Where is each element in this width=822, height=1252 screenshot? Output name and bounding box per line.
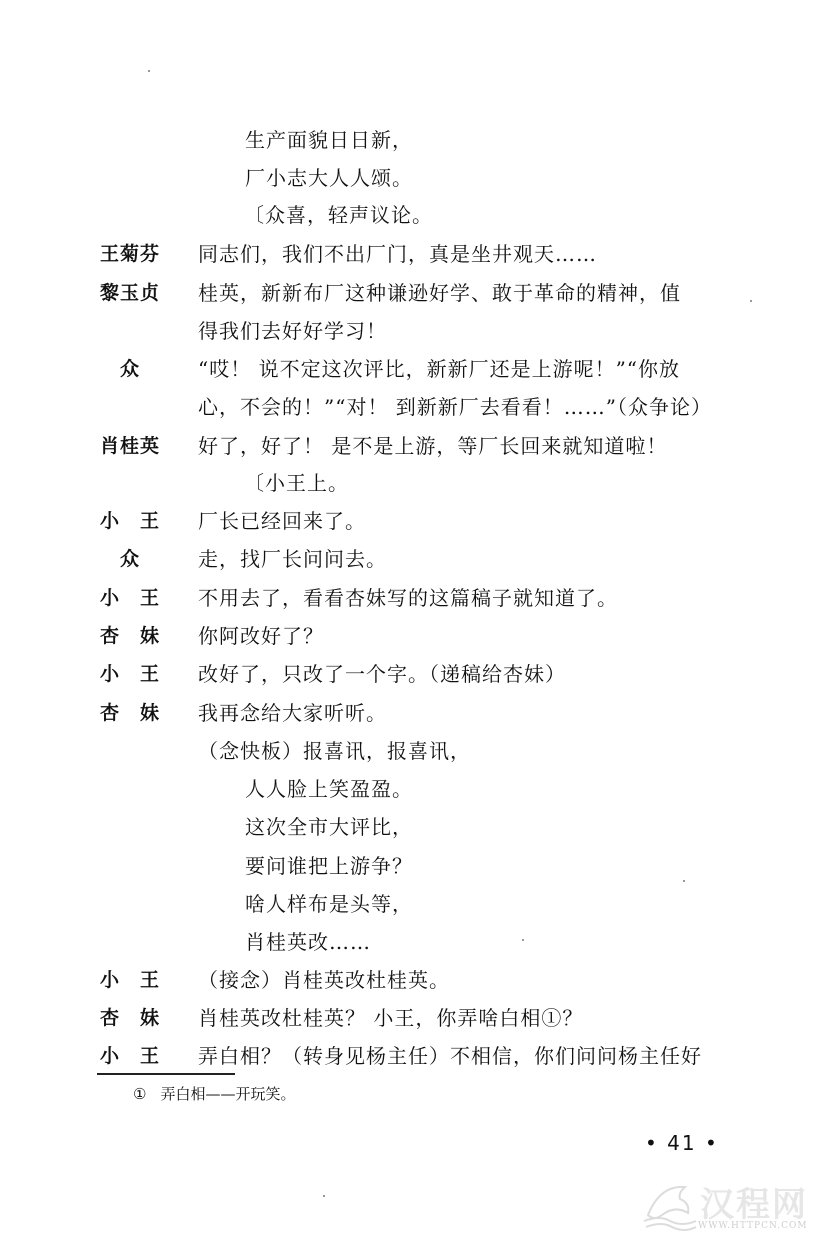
footnote: ①弄白相——开玩笑。 [133,1083,295,1105]
verse-line: 要问谁把上游争？ [245,851,413,881]
kuaiban-intro: （念快板）报喜讯，报喜讯， [198,736,471,766]
dialogue-line: 桂英，新新布厂这种谦逊好学、敢于革命的精神，值 [198,278,681,308]
dialogue-line: （接念）肖桂英改杜桂英。 [198,965,450,995]
verse-line: 人人脸上笑盈盈。 [245,774,413,804]
speaker-name: 小 王 [100,583,172,613]
dialogue-line: 不用去了，看看杏妹写的这篇稿子就知道了。 [198,583,618,613]
dialogue-line: 好了，好了！ 是不是上游，等厂长回来就知道啦！ [198,431,667,461]
dialogue-line: 你阿改好了？ [198,621,324,651]
dialogue-line: 心，不会的！”“对！ 到新新厂去看看！……”（众争论） [198,392,712,422]
footnote-mark: ① [133,1085,146,1103]
footnote-rule [97,1073,235,1075]
speaker-name: 小 王 [100,1041,172,1071]
book-page: 生产面貌日日新， 厂小志大人人颂。 〔众喜，轻声议论。 王菊芬 同志们，我们不出… [0,0,822,1252]
speaker-name: 小 王 [100,965,172,995]
footnote-text: 弄白相——开玩笑。 [160,1085,295,1103]
speaker-name: 杏 妹 [100,621,172,651]
dialogue-line: “哎！ 说不定这次评比，新新厂还是上游呢！”“你放 [198,354,680,384]
verse-line: 啥人样布是头等， [245,889,413,919]
verse-line: 厂小志大人人颂。 [245,163,413,193]
dialogue-line: 弄白相？（转身见杨主任）不相信，你们问问杨主任好 [198,1041,702,1071]
speaker-name: 肖桂英 [100,431,172,461]
dialogue-line: 厂长已经回来了。 [198,506,366,536]
page-number: • 41 • [645,1131,719,1155]
watermark-title: 汉程网 [700,1177,808,1226]
speaker-name: 众 [120,354,192,384]
verse-line: 生产面貌日日新， [245,125,413,155]
speaker-name: 王菊芬 [100,239,172,269]
watermark: 汉程网 WWW.HTTPCN.COM [640,1175,815,1245]
speaker-name: 杏 妹 [100,698,172,728]
dialogue-line: 改好了，只改了一个字。（递稿给杏妹） [198,659,566,689]
dialogue-line: 肖桂英改杜桂英？ 小王，你弄啥白相①？ [198,1003,583,1033]
dialogue-line: 同志们，我们不出厂门，真是坐井观天…… [198,239,597,269]
stage-direction: 〔众喜，轻声议论。 [244,200,433,230]
speaker-name: 小 王 [100,506,172,536]
dialogue-line: 我再念给大家听听。 [198,698,387,728]
scan-speck [750,300,752,302]
verse-line: 肖桂英改…… [245,927,371,957]
speaker-name: 黎玉贞 [100,278,172,308]
speaker-name: 小 王 [100,659,172,689]
verse-line: 这次全市大评比， [245,812,413,842]
stage-direction: 〔小王上。 [244,468,349,498]
dolphin-logo-icon [640,1175,700,1235]
scan-speck [683,880,685,882]
speaker-name: 杏 妹 [100,1003,172,1033]
watermark-url: WWW.HTTPCN.COM [698,1221,808,1231]
speaker-name: 众 [120,544,192,574]
scan-speck [323,1195,325,1197]
dialogue-line: 得我们去好好学习！ [198,316,387,346]
scan-speck [522,939,524,941]
scan-speck [148,70,150,72]
dialogue-line: 走，找厂长问问去。 [198,544,387,574]
